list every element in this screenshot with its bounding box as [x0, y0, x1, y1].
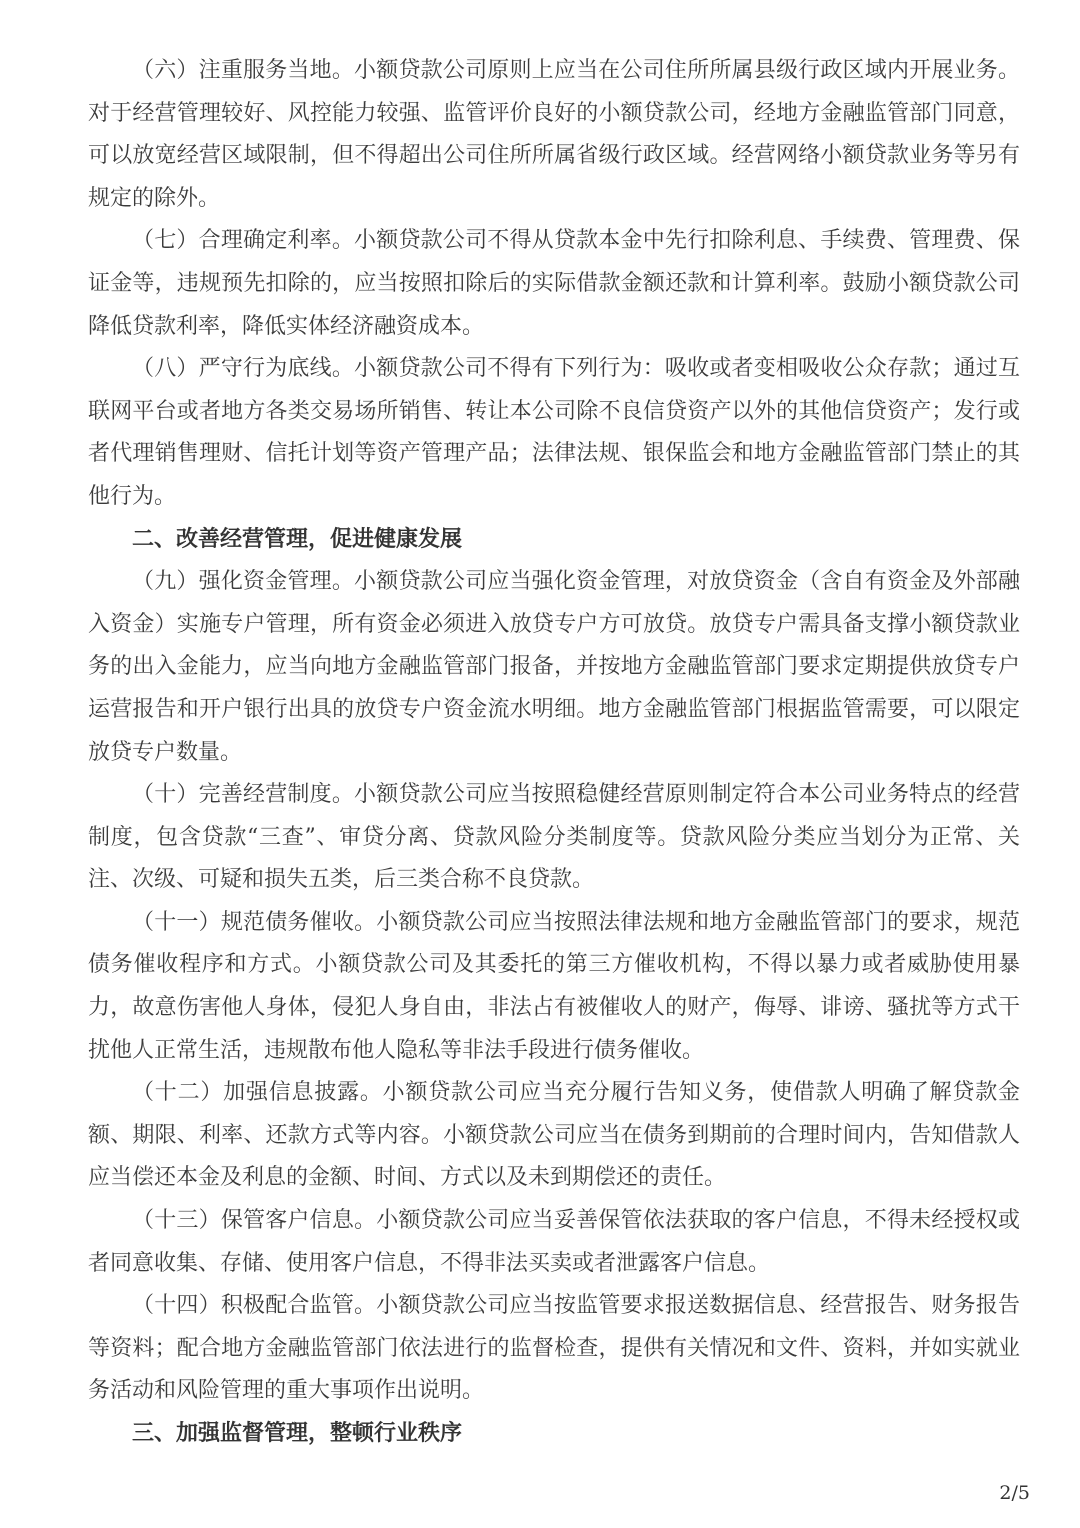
paragraph-12: （十二）加强信息披露。小额贷款公司应当充分履行告知义务，使借款人明确了解贷款金额… [88, 1072, 1020, 1200]
paragraph-9: （九）强化资金管理。小额贷款公司应当强化资金管理，对放贷资金（含自有资金及外部融… [88, 561, 1020, 774]
document-body: （六）注重服务当地。小额贷款公司原则上应当在公司住所所属县级行政区域内开展业务。… [88, 50, 1020, 1456]
paragraph-13: （十三）保管客户信息。小额贷款公司应当妥善保管依法获取的客户信息，不得未经授权或… [88, 1200, 1020, 1285]
paragraph-10: （十）完善经营制度。小额贷款公司应当按照稳健经营原则制定符合本公司业务特点的经营… [88, 774, 1020, 902]
page-number: 2/5 [999, 1482, 1030, 1504]
paragraph-11: （十一）规范债务催收。小额贷款公司应当按照法律法规和地方金融监管部门的要求，规范… [88, 902, 1020, 1072]
section-heading-2: 二、改善经营管理，促进健康发展 [88, 519, 1020, 562]
paragraph-7: （七）合理确定利率。小额贷款公司不得从贷款本金中先行扣除利息、手续费、管理费、保… [88, 220, 1020, 348]
paragraph-14: （十四）积极配合监管。小额贷款公司应当按监管要求报送数据信息、经营报告、财务报告… [88, 1285, 1020, 1413]
document-page: （六）注重服务当地。小额贷款公司原则上应当在公司住所所属县级行政区域内开展业务。… [0, 0, 1080, 1528]
paragraph-6: （六）注重服务当地。小额贷款公司原则上应当在公司住所所属县级行政区域内开展业务。… [88, 50, 1020, 220]
section-heading-3: 三、加强监督管理，整顿行业秩序 [88, 1413, 1020, 1456]
paragraph-8: （八）严守行为底线。小额贷款公司不得有下列行为：吸收或者变相吸收公众存款；通过互… [88, 348, 1020, 518]
